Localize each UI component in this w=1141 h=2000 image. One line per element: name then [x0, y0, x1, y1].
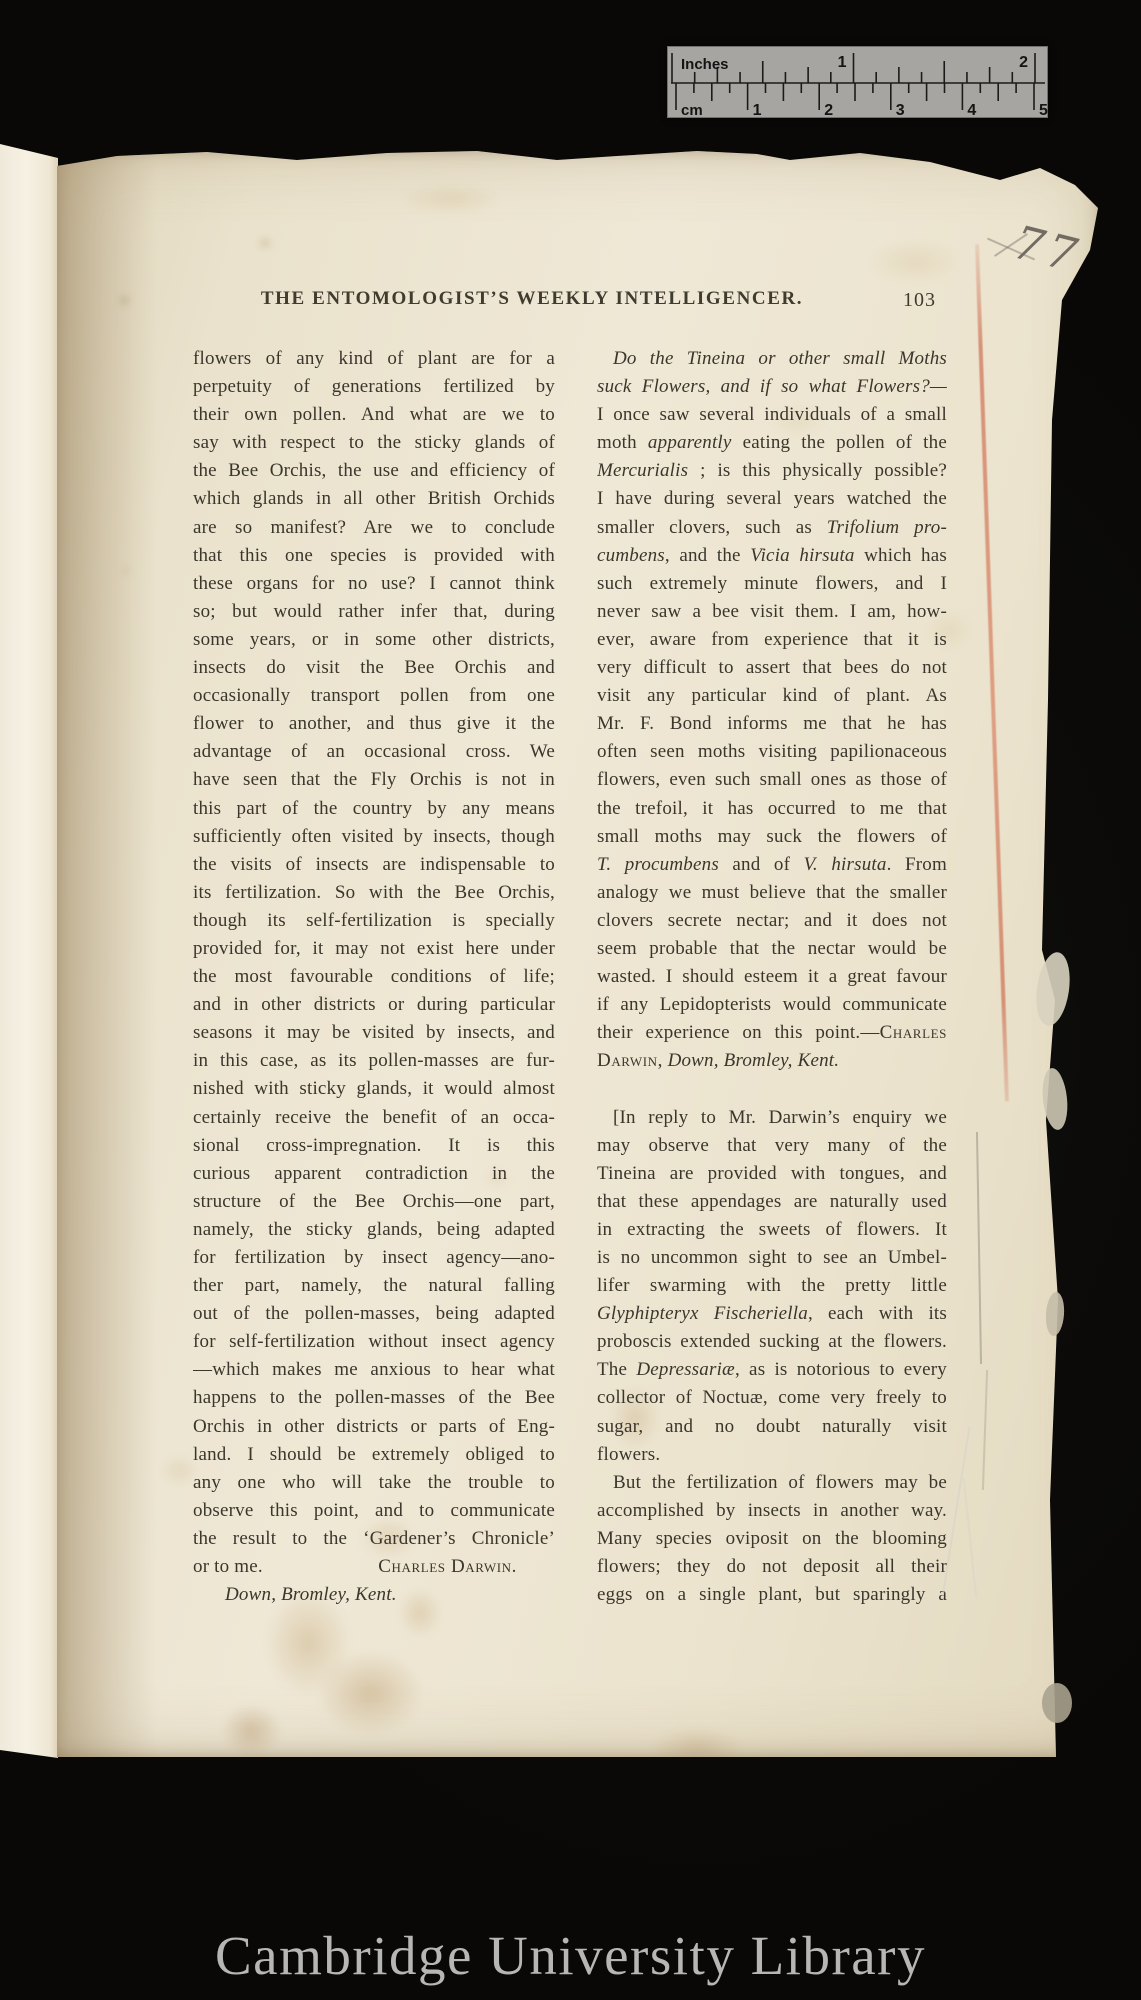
text-line: are so manifest? Are we to conclude — [193, 514, 555, 542]
svg-text:2: 2 — [824, 102, 833, 118]
text-line — [597, 1075, 947, 1103]
text-line: have seen that the Fly Orchis is not in — [193, 766, 555, 794]
text-line: collector of Noctuæ, come very freely to — [597, 1384, 947, 1412]
text-line: sufficiently often visited by insects, t… — [193, 823, 555, 851]
text-line: their own pollen. And what are we to — [193, 401, 555, 429]
text-line: occasionally transport pollen from one — [193, 682, 555, 710]
text-line: seasons it may be visited by insects, an… — [193, 1019, 555, 1047]
text-line: smaller clovers, such as Trifolium pro- — [597, 514, 947, 542]
svg-text:1: 1 — [838, 54, 847, 71]
text-line: such extremely minute flowers, and I — [597, 570, 947, 598]
text-line: ever, aware from experience that it is — [597, 626, 947, 654]
text-line: flower to another, and thus give it the — [193, 710, 555, 738]
text-line: or to me.Charles Darwin. — [193, 1553, 555, 1581]
text-line: this part of the country by any means — [193, 795, 555, 823]
text-line: —which makes me anxious to hear what — [193, 1356, 555, 1384]
text-line: the most favourable conditions of life; — [193, 963, 555, 991]
text-line: analogy we must believe that the smaller — [597, 879, 947, 907]
text-line: may observe that very many of the — [597, 1132, 947, 1160]
text-line: often seen moths visiting papilionaceous — [597, 738, 947, 766]
text-line: flowers. — [597, 1441, 947, 1469]
text-line: in extracting the sweets of flowers. It — [597, 1216, 947, 1244]
library-watermark: Cambridge University Library — [0, 1924, 1141, 1987]
text-line: that this one species is provided with — [193, 542, 555, 570]
text-line: for self-fertilization without insect ag… — [193, 1328, 555, 1356]
text-line: is no uncommon sight to see an Umbel- — [597, 1244, 947, 1272]
text-line: say with respect to the sticky glands of — [193, 429, 555, 457]
svg-text:1: 1 — [753, 102, 762, 118]
text-line: perpetuity of generations fertilized by — [193, 373, 555, 401]
text-line: observe this point, and to communicate — [193, 1497, 555, 1525]
text-line: I once saw several individuals of a smal… — [597, 401, 947, 429]
text-line: the trefoil, it has occurred to me that — [597, 795, 947, 823]
text-line: moth apparently eating the pollen of the — [597, 429, 947, 457]
svg-text:5: 5 — [1039, 102, 1048, 118]
text-line: The Depressariæ, as is notorious to ever… — [597, 1356, 947, 1384]
text-line: insects do visit the Bee Orchis and — [193, 654, 555, 682]
text-line: so; but would rather infer that, during — [193, 598, 555, 626]
text-line: accomplished by insects in another way. — [597, 1497, 947, 1525]
text-line: certainly receive the benefit of an occa… — [193, 1104, 555, 1132]
running-head: THE ENTOMOLOGIST’S WEEKLY INTELLIGENCER. — [227, 288, 837, 314]
text-line: T. procumbens and of V. hirsuta. From — [597, 851, 947, 879]
text-line: small moths may suck the flowers of — [597, 823, 947, 851]
text-line: the Bee Orchis, the use and efficiency o… — [193, 457, 555, 485]
text-line: ther part, namely, the natural falling — [193, 1272, 555, 1300]
text-line: flowers; they do not deposit all their — [597, 1553, 947, 1581]
text-line: Mr. F. Bond informs me that he has — [597, 710, 947, 738]
text-line: in this case, as its pollen-masses are f… — [193, 1047, 555, 1075]
text-line: the visits of insects are indispensable … — [193, 851, 555, 879]
text-line: these organs for no use? I cannot think — [193, 570, 555, 598]
paper-fiber — [963, 1478, 977, 1597]
svg-text:2: 2 — [1019, 54, 1028, 71]
text-line: that these appendages are naturally used — [597, 1188, 947, 1216]
text-line: Do the Tineina or other small Moths — [597, 345, 947, 373]
text-line: happens to the pollen-masses of the Bee — [193, 1384, 555, 1412]
svg-text:cm: cm — [681, 102, 703, 118]
text-line: provided for, it may not exist here unde… — [193, 935, 555, 963]
text-line: land. I should be extremely obliged to — [193, 1441, 555, 1469]
text-line: cumbens, and the Vicia hirsuta which has — [597, 542, 947, 570]
text-line: [In reply to Mr. Darwin’s enquiry we — [597, 1104, 947, 1132]
text-line: eggs on a single plant, but sparingly a — [597, 1581, 947, 1609]
text-line: seem probable that the nectar would be — [597, 935, 947, 963]
document-page: THE ENTOMOLOGIST’S WEEKLY INTELLIGENCER.… — [57, 148, 1105, 1760]
text-line: Tineina are provided with tongues, and — [597, 1160, 947, 1188]
pencil-margin-line — [976, 1132, 982, 1364]
text-line: out of the pollen-masses, being adapted — [193, 1300, 555, 1328]
text-line: their experience on this point.—Charles — [597, 1019, 947, 1047]
text-line: Mercurialis ; is this physically possibl… — [597, 457, 947, 485]
text-line: namely, the sticky glands, being adapted — [193, 1216, 555, 1244]
text-line: some years, or in some other districts, — [193, 626, 555, 654]
text-line: clovers secrete nectar; and it does not — [597, 907, 947, 935]
svg-text:4: 4 — [967, 102, 976, 118]
text-line: the result to the ‘Gardener’s Chronicle’ — [193, 1525, 555, 1553]
text-line: lifer swarming with the pretty little — [597, 1272, 947, 1300]
text-line: never saw a bee visit them. I am, how- — [597, 598, 947, 626]
column-right: Do the Tineina or other small Mothssuck … — [597, 345, 947, 1609]
text-line: flowers, even such small ones as those o… — [597, 766, 947, 794]
text-line: I have during several years watched the — [597, 485, 947, 513]
red-crayon-line — [975, 244, 1008, 1102]
text-line: nished with sticky glands, it would almo… — [193, 1075, 555, 1103]
text-line: But the fertilization of flowers may be — [597, 1469, 947, 1497]
measurement-ruler: 12Inches12345cm — [667, 46, 1048, 118]
text-line: any one who will take the trouble to — [193, 1469, 555, 1497]
text-line: Darwin, Down, Bromley, Kent. — [597, 1047, 947, 1075]
text-line: flowers of any kind of plant are for a — [193, 345, 555, 373]
text-line: wasted. I should esteem it a great favou… — [597, 963, 947, 991]
text-line: its fertilization. So with the Bee Orchi… — [193, 879, 555, 907]
pencil-margin-line — [982, 1370, 988, 1490]
text-line: sional cross-impregnation. It is this — [193, 1132, 555, 1160]
text-line: proboscis extended sucking at the flower… — [597, 1328, 947, 1356]
text-line: Orchis in other districts or parts of En… — [193, 1413, 555, 1441]
text-line: which glands in all other British Orchid… — [193, 485, 555, 513]
page-number: 103 — [903, 289, 936, 312]
text-line: if any Lepidopterists would communicate — [597, 991, 947, 1019]
text-line: and in other districts or during particu… — [193, 991, 555, 1019]
text-line: suck Flowers, and if so what Flowers?— — [597, 373, 947, 401]
facing-page-edge — [0, 138, 58, 1760]
scanned-book-photo: 12Inches12345cm THE ENTOMOLOGIST’S WEEKL… — [0, 0, 1141, 2000]
text-line: Down, Bromley, Kent. — [193, 1581, 555, 1609]
text-line: very difficult to assert that bees do no… — [597, 654, 947, 682]
svg-text:Inches: Inches — [681, 56, 729, 73]
pencil-folio-number: 77 — [1008, 215, 1086, 283]
text-line: for fertilization by insect agency—ano- — [193, 1244, 555, 1272]
text-line: Many species oviposit on the blooming — [597, 1525, 947, 1553]
text-line: Glyphipteryx Fischeriella, each with its — [597, 1300, 947, 1328]
text-line: advantage of an occasional cross. We — [193, 738, 555, 766]
text-line: though its self-fertilization is special… — [193, 907, 555, 935]
text-line: sugar, and no doubt naturally visit — [597, 1413, 947, 1441]
column-left: flowers of any kind of plant are for ape… — [193, 345, 555, 1609]
svg-text:3: 3 — [896, 102, 905, 118]
text-line: structure of the Bee Orchis—one part, — [193, 1188, 555, 1216]
text-line: visit any particular kind of plant. As — [597, 682, 947, 710]
text-line: curious apparent contradiction in the — [193, 1160, 555, 1188]
